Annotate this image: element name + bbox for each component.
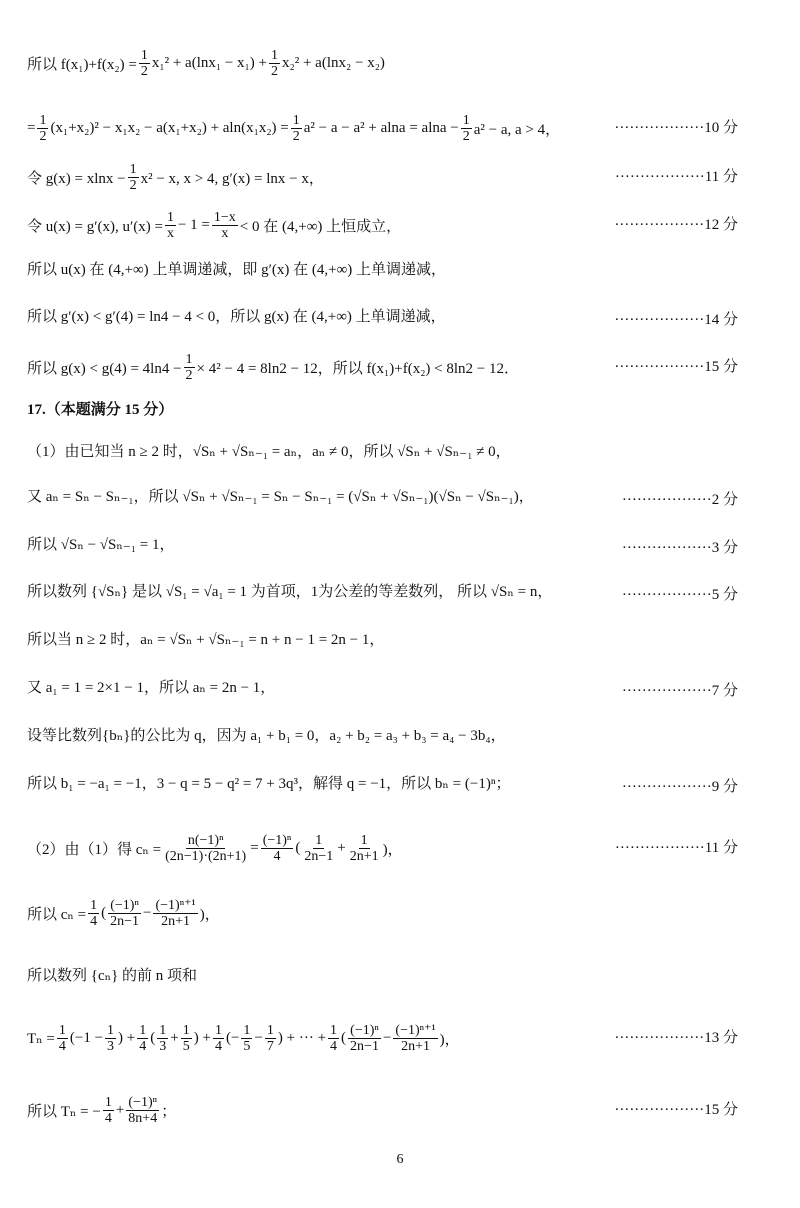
fraction: 12n−1 (302, 833, 335, 864)
math-text: x₁² + a(lnx₁ − x₁) + (152, 55, 267, 72)
math-text: 所以 g(x) < g(4) = 4ln4 − (27, 357, 182, 378)
score-marker: ··················14 分 (614, 308, 738, 329)
numerator: 1 (313, 833, 324, 849)
math-text: 所以 g′(x) < g′(4) = ln4 − 4 < 0，所以 g(x) 在… (27, 305, 446, 326)
score-marker: ··················10 分 (614, 116, 738, 137)
math-text: (x₁+x₂)² − x₁x₂ − a(x₁+x₂) + aln(x₁x₂) = (50, 120, 288, 137)
fraction: 14 (57, 1023, 68, 1054)
denominator: 2 (184, 368, 195, 383)
denominator: 5 (181, 1039, 192, 1054)
math-line: （2）由（1）得 cₙ = n(−1)ⁿ(2n−1)·(2n+1)= (−1)ⁿ… (27, 833, 403, 864)
math-text: )， (383, 838, 403, 859)
fraction: (−1)ⁿ4 (261, 833, 294, 864)
math-line: 所以 √Sₙ − √Sₙ₋₁ = 1， (27, 533, 174, 554)
fraction: 15 (181, 1023, 192, 1054)
denominator: 4 (103, 1111, 114, 1126)
math-text: （2）由（1）得 cₙ = (27, 838, 161, 859)
numerator: 1 (265, 1023, 276, 1039)
math-text: 所以数列 {cₙ} 的前 n 项和 (27, 964, 197, 985)
numerator: 1 (137, 1023, 148, 1039)
math-text: (− (226, 1030, 239, 1047)
math-text: = (250, 840, 258, 857)
numerator: 1 (57, 1023, 68, 1039)
fraction: 17 (265, 1023, 276, 1054)
fraction: 1−xx (212, 210, 238, 241)
math-text: )， (440, 1028, 460, 1049)
math-line: = 12(x₁+x₂)² − x₁x₂ − a(x₁+x₂) + aln(x₁x… (27, 113, 560, 144)
math-text: ； (161, 1100, 176, 1121)
math-line: 令 u(x) = g′(x), u′(x) = 1x− 1 = 1−xx< 0 … (27, 210, 401, 241)
denominator: 2n+1 (159, 914, 192, 929)
math-text: + (170, 1030, 178, 1047)
denominator: 2 (128, 178, 139, 193)
denominator: 2n−1 (302, 849, 335, 864)
math-line: 所以数列 {cₙ} 的前 n 项和 (27, 964, 197, 985)
math-text: 所以 u(x) 在 (4,+∞) 上单调递减，即 g′(x) 在 (4,+∞) … (27, 258, 446, 279)
denominator: 2n+1 (348, 849, 381, 864)
math-line: 所以 u(x) 在 (4,+∞) 上单调递减，即 g′(x) 在 (4,+∞) … (27, 258, 446, 279)
score-marker: ··················12 分 (614, 213, 738, 234)
math-line: Tₙ = 14(−1 − 13) + 14(13+ 15) + 14(− 15−… (27, 1023, 460, 1054)
math-text: (−1 − (70, 1030, 103, 1047)
numerator: 1 (184, 352, 195, 368)
numerator: 1 (181, 1023, 192, 1039)
math-text: 所以 Tₙ = − (27, 1100, 101, 1121)
denominator: 4 (137, 1039, 148, 1054)
math-text: − 1 = (178, 217, 210, 234)
math-text: 设等比数列{bₙ}的公比为 q，因为 a₁ + b₁ = 0，a₂ + b₂ =… (27, 724, 506, 745)
page-number: 6 (0, 1152, 800, 1168)
fraction: 12 (139, 48, 150, 79)
numerator: 1 (139, 48, 150, 64)
numerator: 1 (328, 1023, 339, 1039)
denominator: 4 (272, 849, 283, 864)
math-line: 令 g(x) = xlnx − 12x² − x, x > 4, g′(x) =… (27, 162, 324, 193)
math-text: ( (295, 840, 300, 857)
math-text: × 4² − 4 = 8ln2 − 12，所以 f(x₁)+f(x₂) < 8l… (197, 357, 519, 378)
fraction: 14 (137, 1023, 148, 1054)
score-marker: ··················15 分 (614, 355, 738, 376)
numerator: 1 (241, 1023, 252, 1039)
score-marker: ··················11 分 (615, 165, 738, 186)
math-text: + (337, 840, 345, 857)
math-text: ( (150, 1030, 155, 1047)
fraction: 12 (184, 352, 195, 383)
denominator: 8n+4 (126, 1111, 159, 1126)
numerator: 1 (291, 113, 302, 129)
numerator: (−1)ⁿ⁺¹ (153, 898, 197, 914)
math-line: 所以 g(x) < g(4) = 4ln4 − 12× 4² − 4 = 8ln… (27, 352, 519, 383)
denominator: 3 (105, 1039, 116, 1054)
math-line: 又 aₙ = Sₙ − Sₙ₋₁，所以 √Sₙ + √Sₙ₋₁ = Sₙ − S… (27, 485, 534, 506)
section-heading: 17.（本题满分 15 分） (27, 398, 173, 419)
score-marker: ··················2 分 (622, 488, 738, 509)
math-line: 所以 f(x₁)+f(x₂) = 12x₁² + a(lnx₁ − x₁) + … (27, 48, 385, 79)
score-marker: ··················9 分 (622, 775, 738, 796)
numerator: 1 (157, 1023, 168, 1039)
numerator: n(−1)ⁿ (186, 833, 226, 849)
math-line: 所以 b₁ = −a₁ = −1，3 − q = 5 − q² = 7 + 3q… (27, 772, 511, 793)
score-marker: ··················15 分 (614, 1098, 738, 1119)
fraction: (−1)ⁿ2n−1 (108, 898, 141, 929)
numerator: 1 (359, 833, 370, 849)
math-line: 所以 g′(x) < g′(4) = ln4 − 4 < 0，所以 g(x) 在… (27, 305, 446, 326)
denominator: 2n−1 (348, 1039, 381, 1054)
fraction: (−1)ⁿ⁺¹2n+1 (393, 1023, 437, 1054)
fraction: (−1)ⁿ2n−1 (348, 1023, 381, 1054)
fraction: 12 (291, 113, 302, 144)
denominator: 4 (57, 1039, 68, 1054)
math-text: 令 u(x) = g′(x), u′(x) = (27, 215, 163, 236)
math-text: Tₙ = (27, 1029, 55, 1048)
math-text: − (254, 1030, 262, 1047)
fraction: 12 (269, 48, 280, 79)
math-text: ) + ··· + (278, 1030, 326, 1047)
math-line: （1）由已知当 n ≥ 2 时，√Sₙ + √Sₙ₋₁ = aₙ，aₙ ≠ 0，… (27, 440, 511, 461)
denominator: 3 (157, 1039, 168, 1054)
numerator: 1 (37, 113, 48, 129)
math-text: 所以 √Sₙ − √Sₙ₋₁ = 1， (27, 533, 174, 554)
numerator: (−1)ⁿ (348, 1023, 381, 1039)
math-text: 所以 cₙ = (27, 903, 86, 924)
denominator: 2 (139, 64, 150, 79)
math-line: 所以数列 {√Sₙ} 是以 √S₁ = √a₁ = 1 为首项，1为公差的等差数… (27, 580, 552, 601)
math-text: 所以数列 {√Sₙ} 是以 √S₁ = √a₁ = 1 为首项，1为公差的等差数… (27, 580, 552, 601)
math-text: 令 g(x) = xlnx − (27, 167, 126, 188)
math-text: 又 a₁ = 1 = 2×1 − 1，所以 aₙ = 2n − 1， (27, 676, 275, 697)
denominator: x (165, 226, 176, 241)
math-text: x² − x, x > 4, g′(x) = lnx − x， (141, 167, 324, 188)
fraction: 14 (328, 1023, 339, 1054)
numerator: (−1)ⁿ (261, 833, 294, 849)
denominator: 2n+1 (399, 1039, 432, 1054)
math-text: < 0 在 (4,+∞) 上恒成立， (240, 215, 401, 236)
score-marker: ··················13 分 (614, 1026, 738, 1047)
math-text: 所以 b₁ = −a₁ = −1，3 − q = 5 − q² = 7 + 3q… (27, 772, 511, 793)
math-text: ) + (118, 1030, 135, 1047)
math-text: ) + (194, 1030, 211, 1047)
math-line: 所以当 n ≥ 2 时，aₙ = √Sₙ + √Sₙ₋₁ = n + n − 1… (27, 628, 384, 649)
fraction: 14 (88, 898, 99, 929)
math-text: ( (341, 1030, 346, 1047)
numerator: 1 (213, 1023, 224, 1039)
score-marker: ··················11 分 (615, 836, 738, 857)
score-marker: ··················7 分 (622, 679, 738, 700)
numerator: 1−x (212, 210, 238, 226)
denominator: 7 (265, 1039, 276, 1054)
numerator: (−1)ⁿ (126, 1095, 159, 1111)
numerator: 1 (128, 162, 139, 178)
denominator: 4 (328, 1039, 339, 1054)
numerator: 1 (269, 48, 280, 64)
fraction: 13 (157, 1023, 168, 1054)
math-text: ( (101, 905, 106, 922)
denominator: 4 (88, 914, 99, 929)
math-text: a² − a − a² + alna = alna − (304, 120, 459, 137)
denominator: 2 (269, 64, 280, 79)
fraction: 14 (103, 1095, 114, 1126)
math-text: （1）由已知当 n ≥ 2 时，√Sₙ + √Sₙ₋₁ = aₙ，aₙ ≠ 0，… (27, 440, 511, 461)
math-text: − (383, 1030, 391, 1047)
denominator: (2n−1)·(2n+1) (163, 849, 248, 864)
numerator: 1 (88, 898, 99, 914)
denominator: x (219, 226, 230, 241)
fraction: n(−1)ⁿ(2n−1)·(2n+1) (163, 833, 248, 864)
denominator: 5 (241, 1039, 252, 1054)
fraction: 13 (105, 1023, 116, 1054)
math-text: 又 aₙ = Sₙ − Sₙ₋₁，所以 √Sₙ + √Sₙ₋₁ = Sₙ − S… (27, 485, 534, 506)
math-line: 所以 cₙ = 14((−1)ⁿ2n−1− (−1)ⁿ⁺¹2n+1)， (27, 898, 220, 929)
fraction: 1x (165, 210, 176, 241)
denominator: 2n−1 (108, 914, 141, 929)
math-line: 又 a₁ = 1 = 2×1 − 1，所以 aₙ = 2n − 1， (27, 676, 275, 697)
fraction: 15 (241, 1023, 252, 1054)
numerator: 1 (105, 1023, 116, 1039)
numerator: 1 (103, 1095, 114, 1111)
math-text: x₂² + a(lnx₂ − x₂) (282, 55, 385, 72)
math-text: + (116, 1102, 124, 1119)
math-text: 所以 f(x₁)+f(x₂) = (27, 53, 137, 74)
fraction: (−1)ⁿ8n+4 (126, 1095, 159, 1126)
denominator: 2 (37, 129, 48, 144)
numerator: (−1)ⁿ (108, 898, 141, 914)
numerator: (−1)ⁿ⁺¹ (393, 1023, 437, 1039)
numerator: 1 (165, 210, 176, 226)
denominator: 2 (291, 129, 302, 144)
score-marker: ··················3 分 (622, 536, 738, 557)
math-text: )， (200, 903, 220, 924)
math-line: 设等比数列{bₙ}的公比为 q，因为 a₁ + b₁ = 0，a₂ + b₂ =… (27, 724, 506, 745)
fraction: 12 (128, 162, 139, 193)
math-line: 所以 Tₙ = − 14+ (−1)ⁿ8n+4； (27, 1095, 176, 1126)
numerator: 1 (461, 113, 472, 129)
math-text: − (143, 905, 151, 922)
fraction: 14 (213, 1023, 224, 1054)
score-marker: ··················5 分 (622, 583, 738, 604)
math-text: a² − a, a > 4， (474, 118, 560, 139)
fraction: 12n+1 (348, 833, 381, 864)
math-text: 所以当 n ≥ 2 时，aₙ = √Sₙ + √Sₙ₋₁ = n + n − 1… (27, 628, 384, 649)
math-text: = (27, 120, 35, 137)
fraction: (−1)ⁿ⁺¹2n+1 (153, 898, 197, 929)
denominator: 4 (213, 1039, 224, 1054)
fraction: 12 (37, 113, 48, 144)
denominator: 2 (461, 129, 472, 144)
fraction: 12 (461, 113, 472, 144)
